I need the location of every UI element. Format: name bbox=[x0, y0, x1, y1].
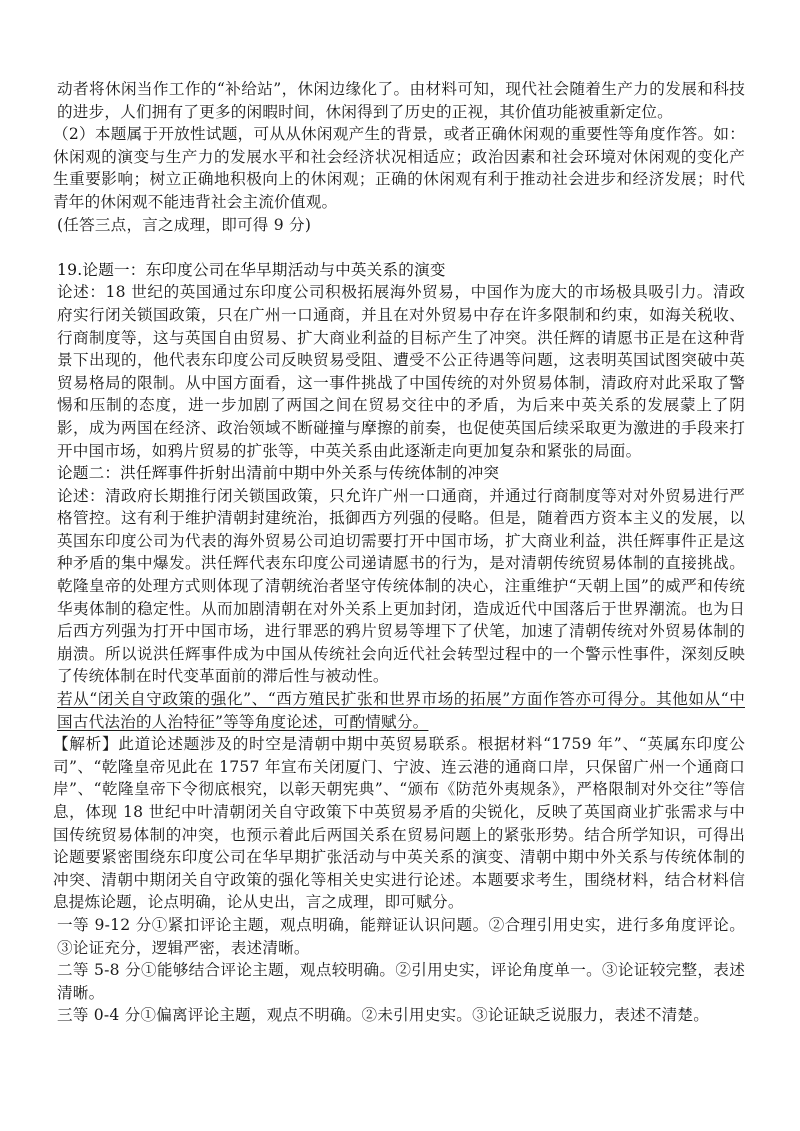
topic1-title: 19.论题一：东印度公司在华早期活动与中英关系的演变 bbox=[57, 259, 745, 282]
part2-answer-paragraph: （2）本题属于开放性试题，可从从休闲观产生的背景，或者正确休闲观的重要性等角度作… bbox=[53, 123, 745, 213]
topic1-body: 论述：18 世纪的英国通过东印度公司积极拓展海外贸易，中国作为庞大的市场极具吸引… bbox=[57, 281, 745, 462]
grade-level-3: 三等 0-4 分①偏离评论主题，观点不明确。②未引用史实。③论证缺乏说服力，表述… bbox=[57, 1004, 745, 1027]
grade-label: 一等 9-12 分 bbox=[57, 916, 152, 934]
blank-line bbox=[57, 236, 745, 259]
grade-label: 二等 5-8 分 bbox=[57, 961, 141, 979]
grade-criteria: ①偏离评论主题，观点不明确。②未引用史实。③论证缺乏说服力，表述不清楚。 bbox=[140, 1006, 709, 1024]
grade-label: 三等 0-4 分 bbox=[57, 1006, 140, 1024]
analysis-paragraph: 【解析】此道论述题涉及的时空是清朝中期中英贸易联系。根据材料“1759 年”、“… bbox=[53, 733, 745, 914]
grade-criteria: ①能够结合评论主题，观点较明确。②引用史实，评论角度单一。③论证较完整，表述清晰… bbox=[57, 961, 745, 1002]
topic2-title: 论题二：洪任辉事件折射出清前中期中外关系与传统体制的冲突 bbox=[57, 462, 745, 485]
continuation-paragraph: 动者将休闲当作工作的“补给站”，休闲边缘化了。由材料可知，现代社会随着生产力的发… bbox=[57, 78, 745, 123]
grade-level-1: 一等 9-12 分①紧扣评论主题，观点明确，能辩证认识问题。②合理引用史实，进行… bbox=[57, 914, 745, 959]
part2-scoring-note: (任答三点，言之成理，即可得 9 分) bbox=[57, 214, 745, 237]
grade-level-2: 二等 5-8 分①能够结合评论主题，观点较明确。②引用史实，评论角度单一。③论证… bbox=[57, 959, 745, 1004]
alternative-answer-note: 若从“闭关自守政策的强化”、“西方殖民扩张和世界市场的拓展”方面作答亦可得分。其… bbox=[57, 688, 745, 733]
topic2-body: 论述：清政府长期推行闭关锁国政策，只允许广州一口通商，并通过行商制度等对对外贸易… bbox=[57, 485, 745, 688]
grade-criteria: ①紧扣评论主题，观点明确，能辩证认识问题。②合理引用史实，进行多角度评论。③论证… bbox=[57, 916, 745, 957]
document-page: 动者将休闲当作工作的“补给站”，休闲边缘化了。由材料可知，现代社会随着生产力的发… bbox=[57, 78, 745, 1027]
